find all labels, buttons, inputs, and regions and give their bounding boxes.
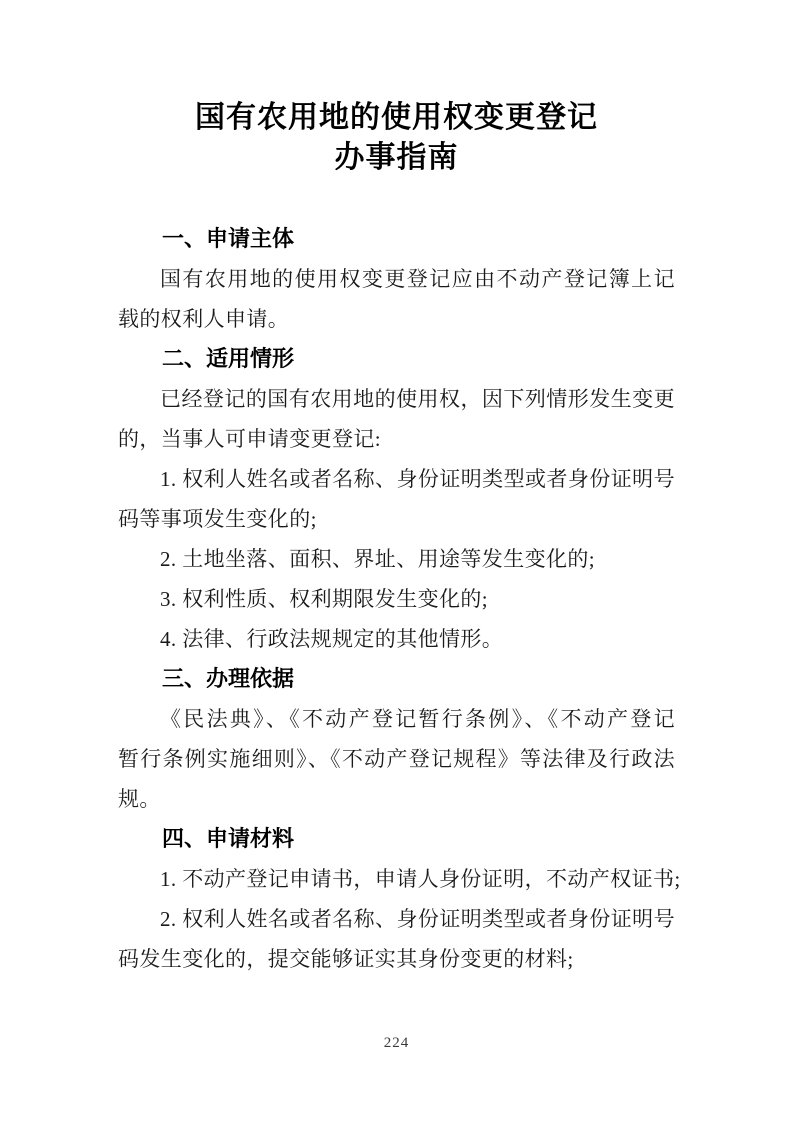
section-application-subject: 一、申请主体 国有农用地的使用权变更登记应由不动产登记簿上记 载的权利人申请。 (118, 219, 675, 339)
body-line: 4. 法律、行政法规规定的其他情形。 (118, 619, 675, 659)
body-line: 《民法典》、《不动产登记暂行条例》、《不动产登记 (118, 699, 675, 739)
body-line: 载的权利人申请。 (118, 299, 675, 339)
section-legal-basis: 三、办理依据 《民法典》、《不动产登记暂行条例》、《不动产登记 暂行条例实施细则… (118, 659, 675, 819)
body-line: 国有农用地的使用权变更登记应由不动产登记簿上记 (118, 259, 675, 299)
document-content: 国有农用地的使用权变更登记 办事指南 一、申请主体 国有农用地的使用权变更登记应… (118, 98, 675, 979)
paragraph: 国有农用地的使用权变更登记应由不动产登记簿上记 载的权利人申请。 (118, 259, 675, 339)
section-application-materials: 四、申请材料 1. 不动产登记申请书，申请人身份证明，不动产权证书; 2. 权利… (118, 819, 675, 979)
document-page: 国有农用地的使用权变更登记 办事指南 一、申请主体 国有农用地的使用权变更登记应… (0, 0, 793, 1122)
title-line-1: 国有农用地的使用权变更登记 (118, 98, 675, 138)
paragraph: 已经登记的国有农用地的使用权，因下列情形发生变更 的，当事人可申请变更登记: (118, 379, 675, 459)
list-item: 2. 土地坐落、面积、界址、用途等发生变化的; (118, 539, 675, 579)
section-heading: 四、申请材料 (118, 819, 675, 859)
list-item: 2. 权利人姓名或者名称、身份证明类型或者身份证明号 码发生变化的，提交能够证实… (118, 899, 675, 979)
body-line: 2. 权利人姓名或者名称、身份证明类型或者身份证明号 (118, 899, 675, 939)
list-item: 1. 权利人姓名或者名称、身份证明类型或者身份证明号 码等事项发生变化的; (118, 459, 675, 539)
section-heading: 二、适用情形 (118, 339, 675, 379)
body-line: 2. 土地坐落、面积、界址、用途等发生变化的; (118, 539, 675, 579)
document-title: 国有农用地的使用权变更登记 办事指南 (118, 98, 675, 178)
body-line: 1. 权利人姓名或者名称、身份证明类型或者身份证明号 (118, 459, 675, 499)
body-line: 码发生变化的，提交能够证实其身份变更的材料; (118, 939, 675, 979)
page-number: 224 (0, 1034, 793, 1052)
section-heading: 一、申请主体 (118, 219, 675, 259)
body-line: 3. 权利性质、权利期限发生变化的; (118, 579, 675, 619)
section-heading: 三、办理依据 (118, 659, 675, 699)
body-line: 码等事项发生变化的; (118, 499, 675, 539)
paragraph: 《民法典》、《不动产登记暂行条例》、《不动产登记 暂行条例实施细则》、《不动产登… (118, 699, 675, 819)
body-line: 规。 (118, 779, 675, 819)
section-applicable-circumstances: 二、适用情形 已经登记的国有农用地的使用权，因下列情形发生变更 的，当事人可申请… (118, 339, 675, 659)
list-item: 1. 不动产登记申请书，申请人身份证明，不动产权证书; (118, 859, 675, 899)
body-line: 暂行条例实施细则》、《不动产登记规程》等法律及行政法 (118, 739, 675, 779)
body-line: 1. 不动产登记申请书，申请人身份证明，不动产权证书; (118, 859, 675, 899)
list-item: 4. 法律、行政法规规定的其他情形。 (118, 619, 675, 659)
title-line-2: 办事指南 (118, 138, 675, 178)
list-item: 3. 权利性质、权利期限发生变化的; (118, 579, 675, 619)
body-line: 已经登记的国有农用地的使用权，因下列情形发生变更 (118, 379, 675, 419)
body-line: 的，当事人可申请变更登记: (118, 419, 675, 459)
